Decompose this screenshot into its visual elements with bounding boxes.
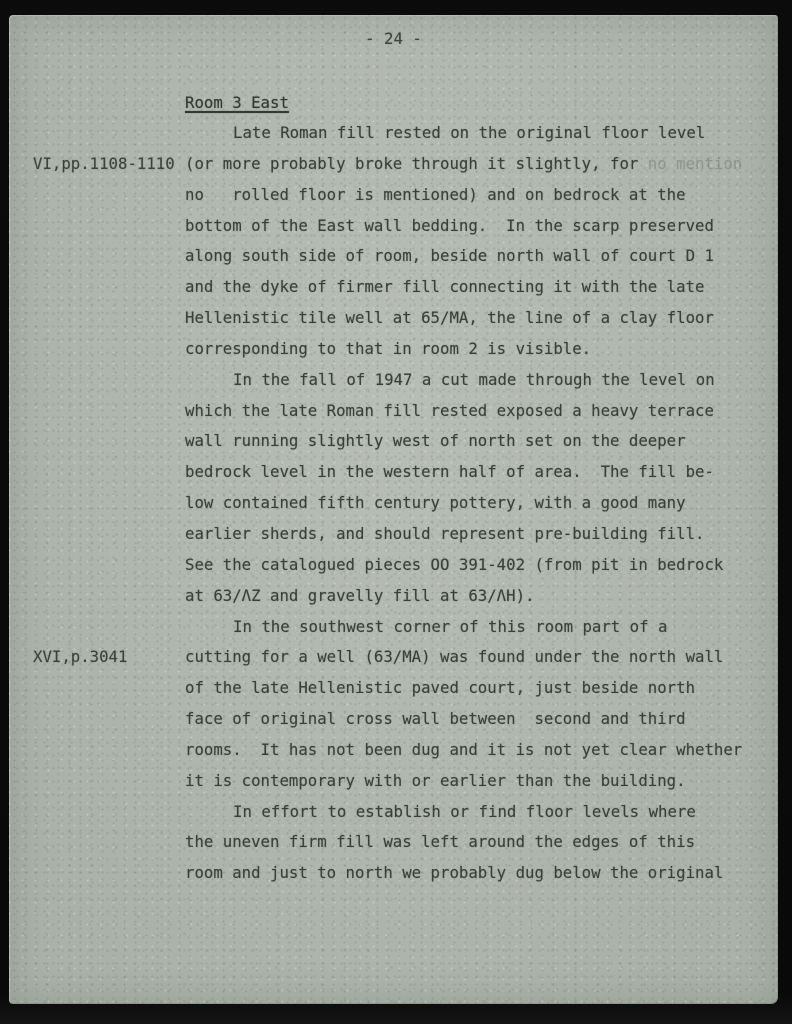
text-line: which the late Roman fill rested exposed… <box>185 396 760 427</box>
text-line: In the southwest corner of this room par… <box>185 612 760 643</box>
text-line: of the late Hellenistic paved court, jus… <box>185 673 760 704</box>
margin-note-reference: XVI,p.3041 <box>33 642 127 673</box>
margin-note-reference: VI,pp.1108-1110 <box>33 149 175 180</box>
text-line: See the catalogued pieces OO 391-402 (fr… <box>185 550 760 581</box>
text-line: earlier sherds, and should represent pre… <box>185 519 760 550</box>
text-line-content: In effort to establish or find floor lev… <box>233 802 696 821</box>
text-line-content: it is contemporary with or earlier than … <box>185 771 686 790</box>
text-line: bedrock level in the western half of are… <box>185 457 760 488</box>
scan-background: - 24 - Room 3 East VI,pp.1108-1110 XVI,p… <box>0 0 792 1024</box>
text-line-content: which the late Roman fill rested exposed… <box>185 401 714 420</box>
text-line: the uneven firm fill was left around the… <box>185 827 760 858</box>
text-line-content: room and just to north we probably dug b… <box>185 863 723 882</box>
text-line-content: corresponding to that in room 2 is visib… <box>185 339 591 358</box>
text-line: along south side of room, beside north w… <box>185 241 760 272</box>
text-line-content: along south side of room, beside north w… <box>185 246 714 265</box>
text-line-content: bottom of the East wall bedding. In the … <box>185 216 714 235</box>
text-line: Late Roman fill rested on the original f… <box>185 118 760 149</box>
text-line-content: low contained fifth century pottery, wit… <box>185 493 686 512</box>
erased-text: no mention <box>648 154 742 173</box>
text-line-content: Late Roman fill rested on the original f… <box>233 123 705 142</box>
text-line: wall running slightly west of north set … <box>185 426 760 457</box>
text-line-content: and the dyke of firmer fill connecting i… <box>185 277 704 296</box>
text-line-content: the uneven firm fill was left around the… <box>185 832 695 851</box>
text-line-content: Hellenistic tile well at 65/MA, the line… <box>185 308 714 327</box>
body-text: Late Roman fill rested on the original f… <box>185 118 760 889</box>
section-heading: Room 3 East <box>185 88 289 119</box>
text-line-content: In the fall of 1947 a cut made through t… <box>233 370 715 389</box>
text-line-content: of the late Hellenistic paved court, jus… <box>185 678 695 697</box>
text-line: Hellenistic tile well at 65/MA, the line… <box>185 303 760 334</box>
text-line-content: In the southwest corner of this room par… <box>233 617 667 636</box>
text-line: In the fall of 1947 a cut made through t… <box>185 365 760 396</box>
page-number: - 24 - <box>9 24 778 55</box>
text-line-content: wall running slightly west of north set … <box>185 431 686 450</box>
text-line-content: earlier sherds, and should represent pre… <box>185 524 704 543</box>
text-line: low contained fifth century pottery, wit… <box>185 488 760 519</box>
document-page: - 24 - Room 3 East VI,pp.1108-1110 XVI,p… <box>9 15 778 1004</box>
text-line-content: rooms. It has not been dug and it is not… <box>185 740 742 759</box>
text-line-content: cutting for a well (63/MA) was found und… <box>185 647 723 666</box>
text-line: rooms. It has not been dug and it is not… <box>185 735 760 766</box>
text-line-content: no rolled floor is mentioned) and on bed… <box>185 185 686 204</box>
text-line: no rolled floor is mentioned) and on bed… <box>185 180 760 211</box>
text-line: it is contemporary with or earlier than … <box>185 766 760 797</box>
text-line-content: face of original cross wall between seco… <box>185 709 686 728</box>
text-line: and the dyke of firmer fill connecting i… <box>185 272 760 303</box>
text-line: face of original cross wall between seco… <box>185 704 760 735</box>
text-line: at 63/ΛZ and gravelly fill at 63/ΛH). <box>185 581 760 612</box>
text-line-content: (or more probably broke through it sligh… <box>185 154 648 173</box>
text-line-content: bedrock level in the western half of are… <box>185 462 714 481</box>
text-line-content: See the catalogued pieces OO 391-402 (fr… <box>185 555 723 574</box>
text-line: corresponding to that in room 2 is visib… <box>185 334 760 365</box>
text-line: (or more probably broke through it sligh… <box>185 149 760 180</box>
text-line: In effort to establish or find floor lev… <box>185 797 760 828</box>
text-line: room and just to north we probably dug b… <box>185 858 760 889</box>
text-line-content: at 63/ΛZ and gravelly fill at 63/ΛH). <box>185 586 534 605</box>
text-line: cutting for a well (63/MA) was found und… <box>185 642 760 673</box>
text-line: bottom of the East wall bedding. In the … <box>185 211 760 242</box>
